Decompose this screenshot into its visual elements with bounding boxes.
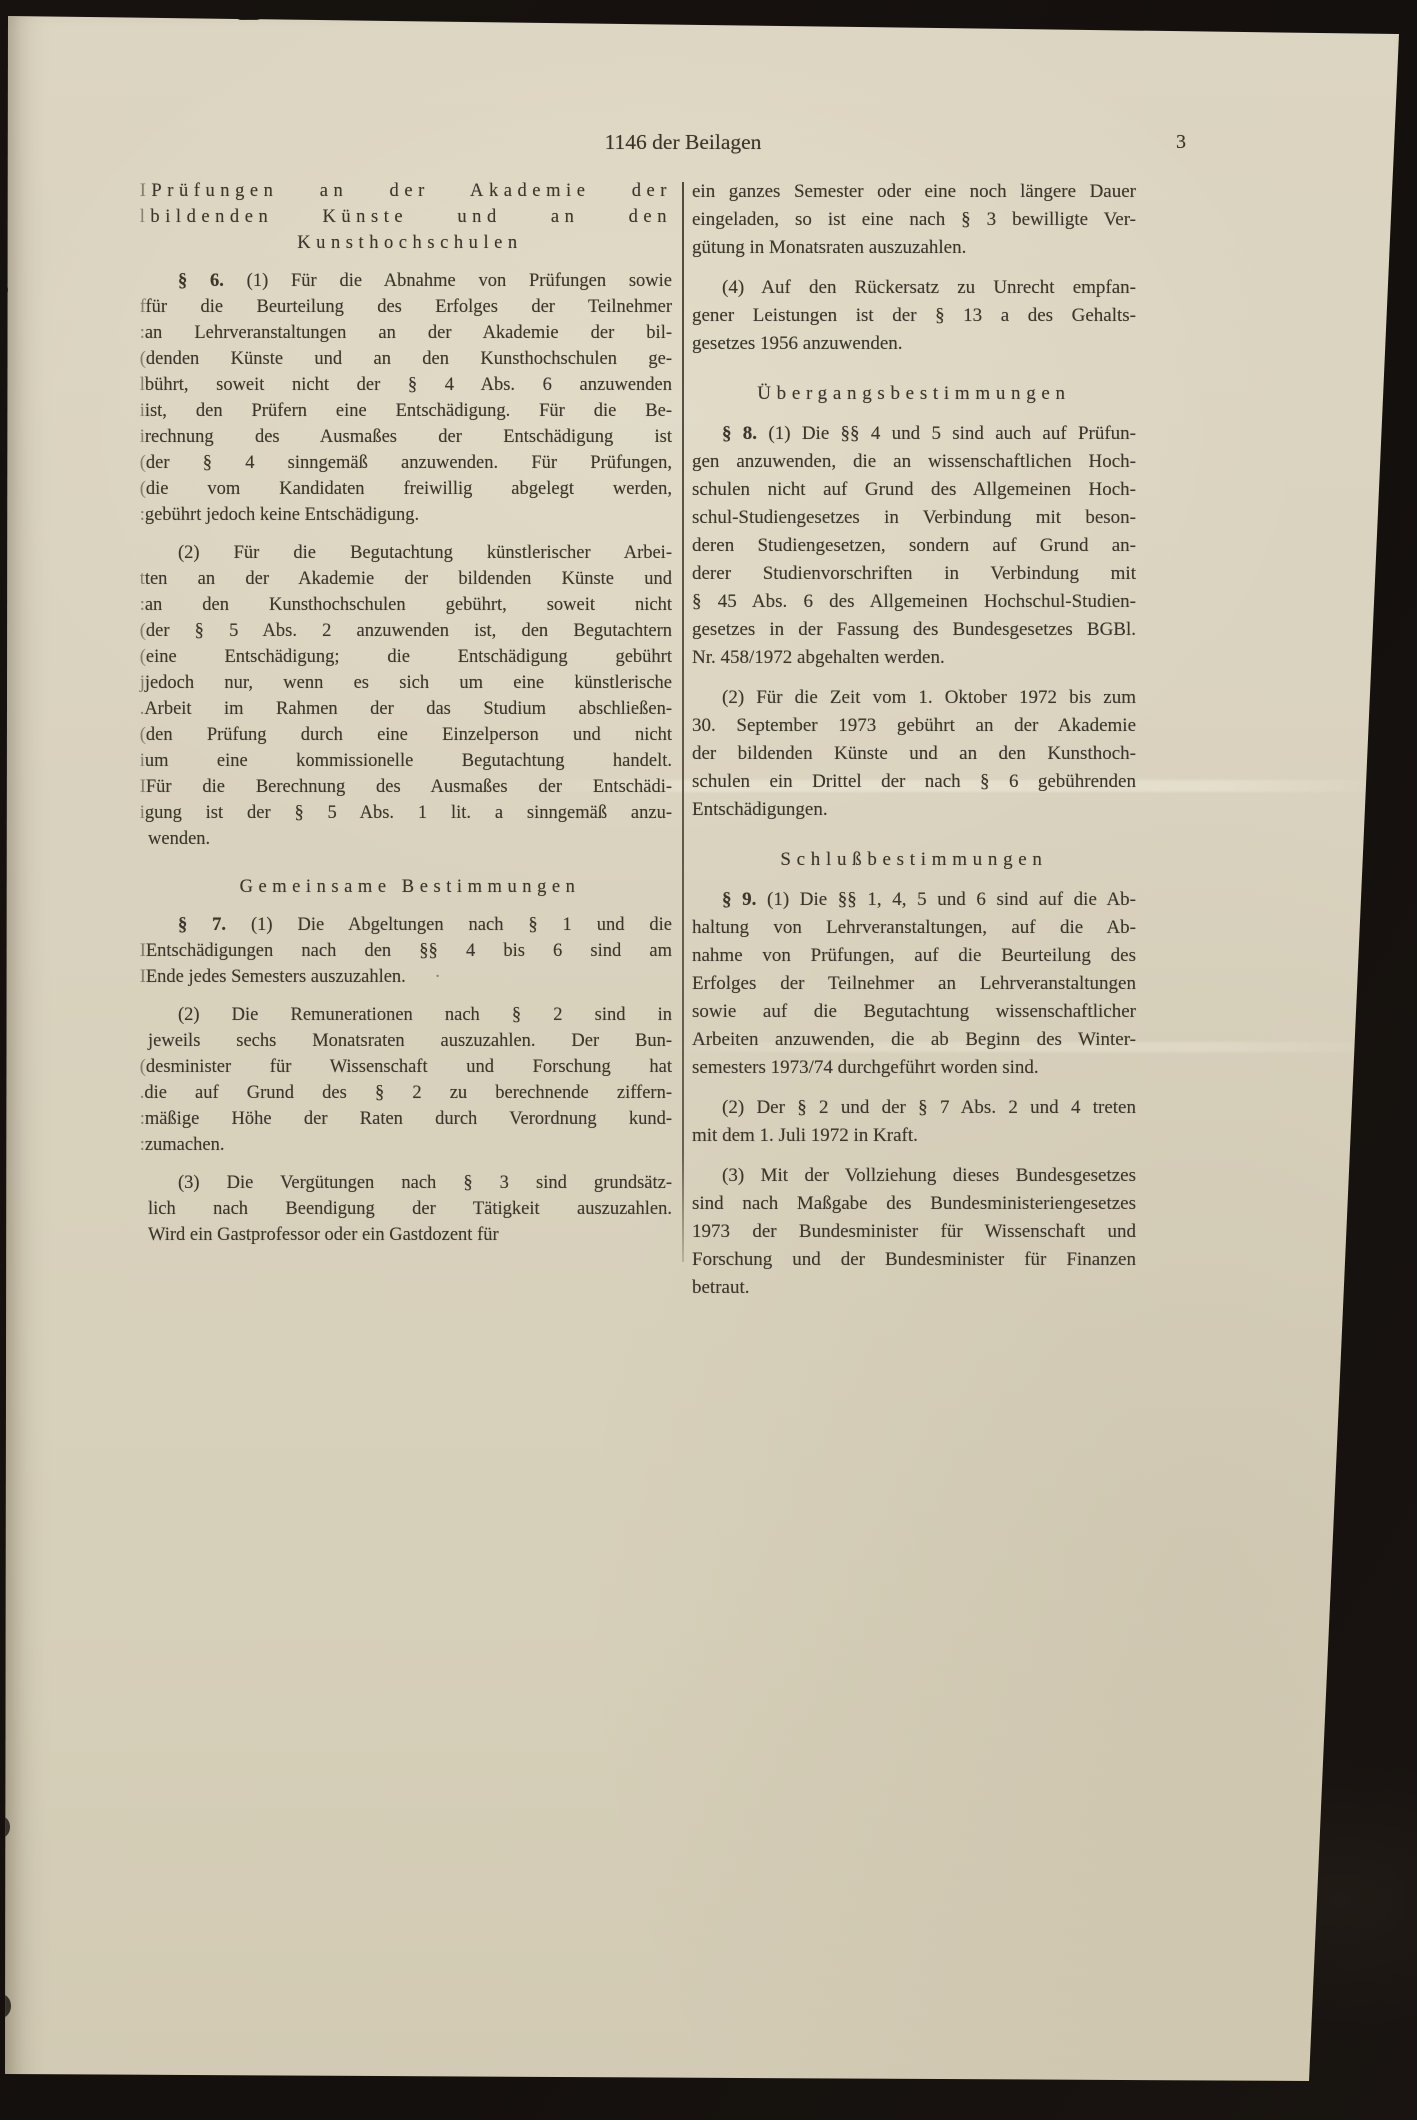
print-ghost-artifact: (: [140, 479, 146, 499]
text-line: Arbeiten anzuwenden, die ab Beginn des W…: [692, 1026, 1136, 1054]
text-line: .die auf Grund des § 2 zu berechnende zi…: [148, 1080, 672, 1106]
text-line: (2) Die Remunerationen nach § 2 sind in: [148, 1002, 672, 1028]
text-line: schulen nicht auf Grund des Allgemeinen …: [692, 476, 1136, 504]
text-line: lbührt, soweit nicht der § 4 Abs. 6 anzu…: [148, 372, 672, 398]
paper-sheet: 1146 der Beilagen 3 IPrüfungen an der Ak…: [0, 0, 1417, 2120]
edge-mark-artifact: [0, 1816, 10, 1838]
text-line: gener Leistungen ist der § 13 a des Geha…: [692, 302, 1136, 330]
text-line: schul-Studiengesetzes in Verbindung mit …: [692, 504, 1136, 532]
text-line: Kunsthochschulen: [148, 230, 672, 256]
paragraph: § 8. (1) Die §§ 4 und 5 sind auch auf Pr…: [692, 420, 1136, 672]
text-line: § 6. (1) Für die Abnahme von Prüfungen s…: [148, 268, 672, 294]
text-line: :zumachen.: [148, 1132, 672, 1158]
edge-mark-artifact: [0, 1994, 11, 2018]
print-ghost-artifact: (: [140, 725, 146, 745]
print-ghost-artifact: i: [140, 401, 145, 421]
print-ghost-artifact: :: [140, 595, 145, 615]
text-line: :an den Kunsthochschulen gebührt, soweit…: [148, 592, 672, 618]
text-line: (denden Künste und an den Kunsthochschul…: [148, 346, 672, 372]
paragraph: (3) Die Vergütungen nach § 3 sind grunds…: [148, 1170, 672, 1248]
paragraph: § 7. (1) Die Abgeltungen nach § 1 und di…: [148, 912, 672, 990]
text-line: jjedoch nur, wenn es sich um eine künstl…: [148, 670, 672, 696]
section-symbol: § 9.: [722, 889, 756, 910]
text-line: tten an der Akademie der bildenden Künst…: [148, 566, 672, 592]
text-line: Entschädigungen.: [692, 796, 1136, 824]
text-line: Übergangsbestimmungen: [692, 380, 1136, 408]
text-line: Forschung und der Bundesminister für Fin…: [692, 1246, 1136, 1274]
text-line: (2) Der § 2 und der § 7 Abs. 2 und 4 tre…: [692, 1094, 1136, 1122]
text-line: sind nach Maßgabe des Bundesministerieng…: [692, 1190, 1136, 1218]
text-line: (den Prüfung durch eine Einzelperson und…: [148, 722, 672, 748]
text-line: § 7. (1) Die Abgeltungen nach § 1 und di…: [148, 912, 672, 938]
paragraph: (2) Für die Begutachtung künstlerischer …: [148, 540, 672, 852]
edge-mark-artifact: [0, 282, 8, 298]
print-ghost-artifact: .: [140, 1083, 145, 1103]
section-heading: IPrüfungen an der Akademie derlbildenden…: [148, 178, 672, 256]
text-line: (4) Auf den Rückersatz zu Unrecht empfan…: [692, 274, 1136, 302]
section-symbol: § 6.: [178, 271, 224, 291]
section-heading: Schlußbestimmungen: [692, 846, 1136, 874]
print-ghost-artifact: .: [140, 699, 145, 719]
text-line: ein ganzes Semester oder eine noch länge…: [692, 178, 1136, 206]
text-line: ffür die Beurteilung des Erfolges der Te…: [148, 294, 672, 320]
print-ghost-artifact: :: [140, 323, 145, 343]
text-line: Nr. 458/1972 abgehalten werden.: [692, 644, 1136, 672]
print-ghost-artifact: (: [140, 349, 146, 369]
text-line: (der § 4 sinngemäß anzuwenden. Für Prüfu…: [148, 450, 672, 476]
text-line: IEntschädigungen nach den §§ 4 bis 6 sin…: [148, 938, 672, 964]
text-line: betraut.: [692, 1274, 1136, 1302]
text-line: IEnde jedes Semesters auszuzahlen. ·: [148, 964, 672, 990]
print-ghost-artifact: (: [140, 621, 146, 641]
text-line: irechnung des Ausmaßes der Entschädigung…: [148, 424, 672, 450]
print-ghost-artifact: I: [140, 181, 152, 201]
text-line: deren Studiengesetzen, sondern auf Grund…: [692, 532, 1136, 560]
text-line: :mäßige Höhe der Raten durch Verordnung …: [148, 1106, 672, 1132]
right-column: ein ganzes Semester oder eine noch länge…: [692, 178, 1136, 1302]
text-line: (2) Für die Begutachtung künstlerischer …: [148, 540, 672, 566]
print-ghost-artifact: l: [140, 207, 151, 227]
paragraph: § 6. (1) Für die Abnahme von Prüfungen s…: [148, 268, 672, 528]
text-line: lich nach Beendigung der Tätigkeit auszu…: [148, 1196, 672, 1222]
text-line: gütung in Monatsraten auszuzahlen.: [692, 234, 1136, 262]
text-line: eingeladen, so ist eine nach § 3 bewilli…: [692, 206, 1136, 234]
text-line: nahme von Prüfungen, auf die Beurteilung…: [692, 942, 1136, 970]
text-line: gesetzes in der Fassung des Bundesgesetz…: [692, 616, 1136, 644]
text-line: igung ist der § 5 Abs. 1 lit. a sinngemä…: [148, 800, 672, 826]
print-ghost-artifact: i: [140, 751, 145, 771]
text-line: Erfolges der Teilnehmer an Lehrveranstal…: [692, 970, 1136, 998]
paragraph: § 9. (1) Die §§ 1, 4, 5 und 6 sind auf d…: [692, 886, 1136, 1082]
print-ghost-artifact: :: [140, 505, 145, 525]
text-line: jeweils sechs Monatsraten auszuzahlen. D…: [148, 1028, 672, 1054]
text-line: (2) Für die Zeit vom 1. Oktober 1972 bis…: [692, 684, 1136, 712]
page-number: 3: [1176, 131, 1186, 154]
paragraph: (2) Der § 2 und der § 7 Abs. 2 und 4 tre…: [692, 1094, 1136, 1150]
section-symbol: § 8.: [722, 423, 757, 444]
text-line: § 9. (1) Die §§ 1, 4, 5 und 6 sind auf d…: [692, 886, 1136, 914]
print-ghost-artifact: (: [140, 1057, 146, 1077]
column-divider: [682, 182, 684, 1262]
text-line: .Arbeit im Rahmen der das Studium abschl…: [148, 696, 672, 722]
text-line: der bildenden Künste und an den Kunsthoc…: [692, 740, 1136, 768]
text-line: haltung von Lehrveranstaltungen, auf die…: [692, 914, 1136, 942]
section-heading: Übergangsbestimmungen: [692, 380, 1136, 408]
text-line: IFür die Berechnung des Ausmaßes der Ent…: [148, 774, 672, 800]
text-line: derer Studienvorschriften in Verbindung …: [692, 560, 1136, 588]
section-heading: Gemeinsame Bestimmungen: [148, 874, 672, 900]
print-ghost-artifact: (: [140, 647, 146, 667]
text-line: semesters 1973/74 durchgeführt worden si…: [692, 1054, 1136, 1082]
paragraph: (2) Für die Zeit vom 1. Oktober 1972 bis…: [692, 684, 1136, 824]
text-line: 30. September 1973 gebührt an der Akadem…: [692, 712, 1136, 740]
text-line: (3) Mit der Vollziehung dieses Bundesges…: [692, 1162, 1136, 1190]
print-ghost-artifact: i: [140, 427, 145, 447]
print-ghost-artifact: :: [140, 1135, 145, 1155]
paragraph: (3) Mit der Vollziehung dieses Bundesges…: [692, 1162, 1136, 1302]
text-line: (eine Entschädigung; die Entschädigung g…: [148, 644, 672, 670]
text-line: § 8. (1) Die §§ 4 und 5 sind auch auf Pr…: [692, 420, 1136, 448]
text-line: Wird ein Gastprofessor oder ein Gastdoze…: [148, 1222, 672, 1248]
text-line: (die vom Kandidaten freiwillig abgelegt …: [148, 476, 672, 502]
paragraph: (2) Die Remunerationen nach § 2 sind inj…: [148, 1002, 672, 1158]
scan-background: 1146 der Beilagen 3 IPrüfungen an der Ak…: [0, 0, 1417, 2120]
left-column: IPrüfungen an der Akademie derlbildenden…: [148, 178, 672, 1248]
paper-edge-notch-artifact: [232, 8, 266, 20]
text-line: § 45 Abs. 6 des Allgemeinen Hochschul-St…: [692, 588, 1136, 616]
text-line: IPrüfungen an der Akademie der: [148, 178, 672, 204]
text-line: (desminister für Wissenschaft und Forsch…: [148, 1054, 672, 1080]
text-line: ium eine kommissionelle Begutachtung han…: [148, 748, 672, 774]
text-line: Gemeinsame Bestimmungen: [148, 874, 672, 900]
paragraph: (4) Auf den Rückersatz zu Unrecht empfan…: [692, 274, 1136, 358]
text-line: mit dem 1. Juli 1972 in Kraft.: [692, 1122, 1136, 1150]
text-line: lbildenden Künste und an den: [148, 204, 672, 230]
paragraph: ein ganzes Semester oder eine noch länge…: [692, 178, 1136, 262]
text-line: wenden.: [148, 826, 672, 852]
text-line: 1973 der Bundesminister für Wissenschaft…: [692, 1218, 1136, 1246]
text-line: sowie auf die Begutachtung wissenschaftl…: [692, 998, 1136, 1026]
print-ghost-artifact: :: [140, 1109, 145, 1129]
text-line: Schlußbestimmungen: [692, 846, 1136, 874]
text-line: (der § 5 Abs. 2 anzuwenden ist, den Begu…: [148, 618, 672, 644]
print-ghost-artifact: f: [140, 297, 146, 317]
print-ghost-artifact: j: [140, 673, 145, 693]
section-symbol: § 7.: [178, 915, 226, 935]
text-line: schulen ein Drittel der nach § 6 gebühre…: [692, 768, 1136, 796]
print-ghost-artifact: i: [140, 803, 145, 823]
text-line: (3) Die Vergütungen nach § 3 sind grunds…: [148, 1170, 672, 1196]
document-title: 1146 der Beilagen: [605, 130, 762, 155]
print-ghost-artifact: t: [140, 569, 145, 589]
text-line: :an Lehrveranstaltungen an der Akademie …: [148, 320, 672, 346]
text-line: :gebührt jedoch keine Entschädigung.: [148, 502, 672, 528]
print-ghost-artifact: I: [140, 777, 146, 797]
print-ghost-artifact: l: [140, 375, 145, 395]
text-line: iist, den Prüfern eine Entschädigung. Fü…: [148, 398, 672, 424]
print-ghost-artifact: I: [140, 941, 146, 961]
text-line: gen anzuwenden, die an wissenschaftliche…: [692, 448, 1136, 476]
text-line: gesetzes 1956 anzuwenden.: [692, 330, 1136, 358]
print-ghost-artifact: (: [140, 453, 146, 473]
print-ghost-artifact: ·: [397, 967, 440, 987]
print-ghost-artifact: I: [140, 967, 146, 987]
